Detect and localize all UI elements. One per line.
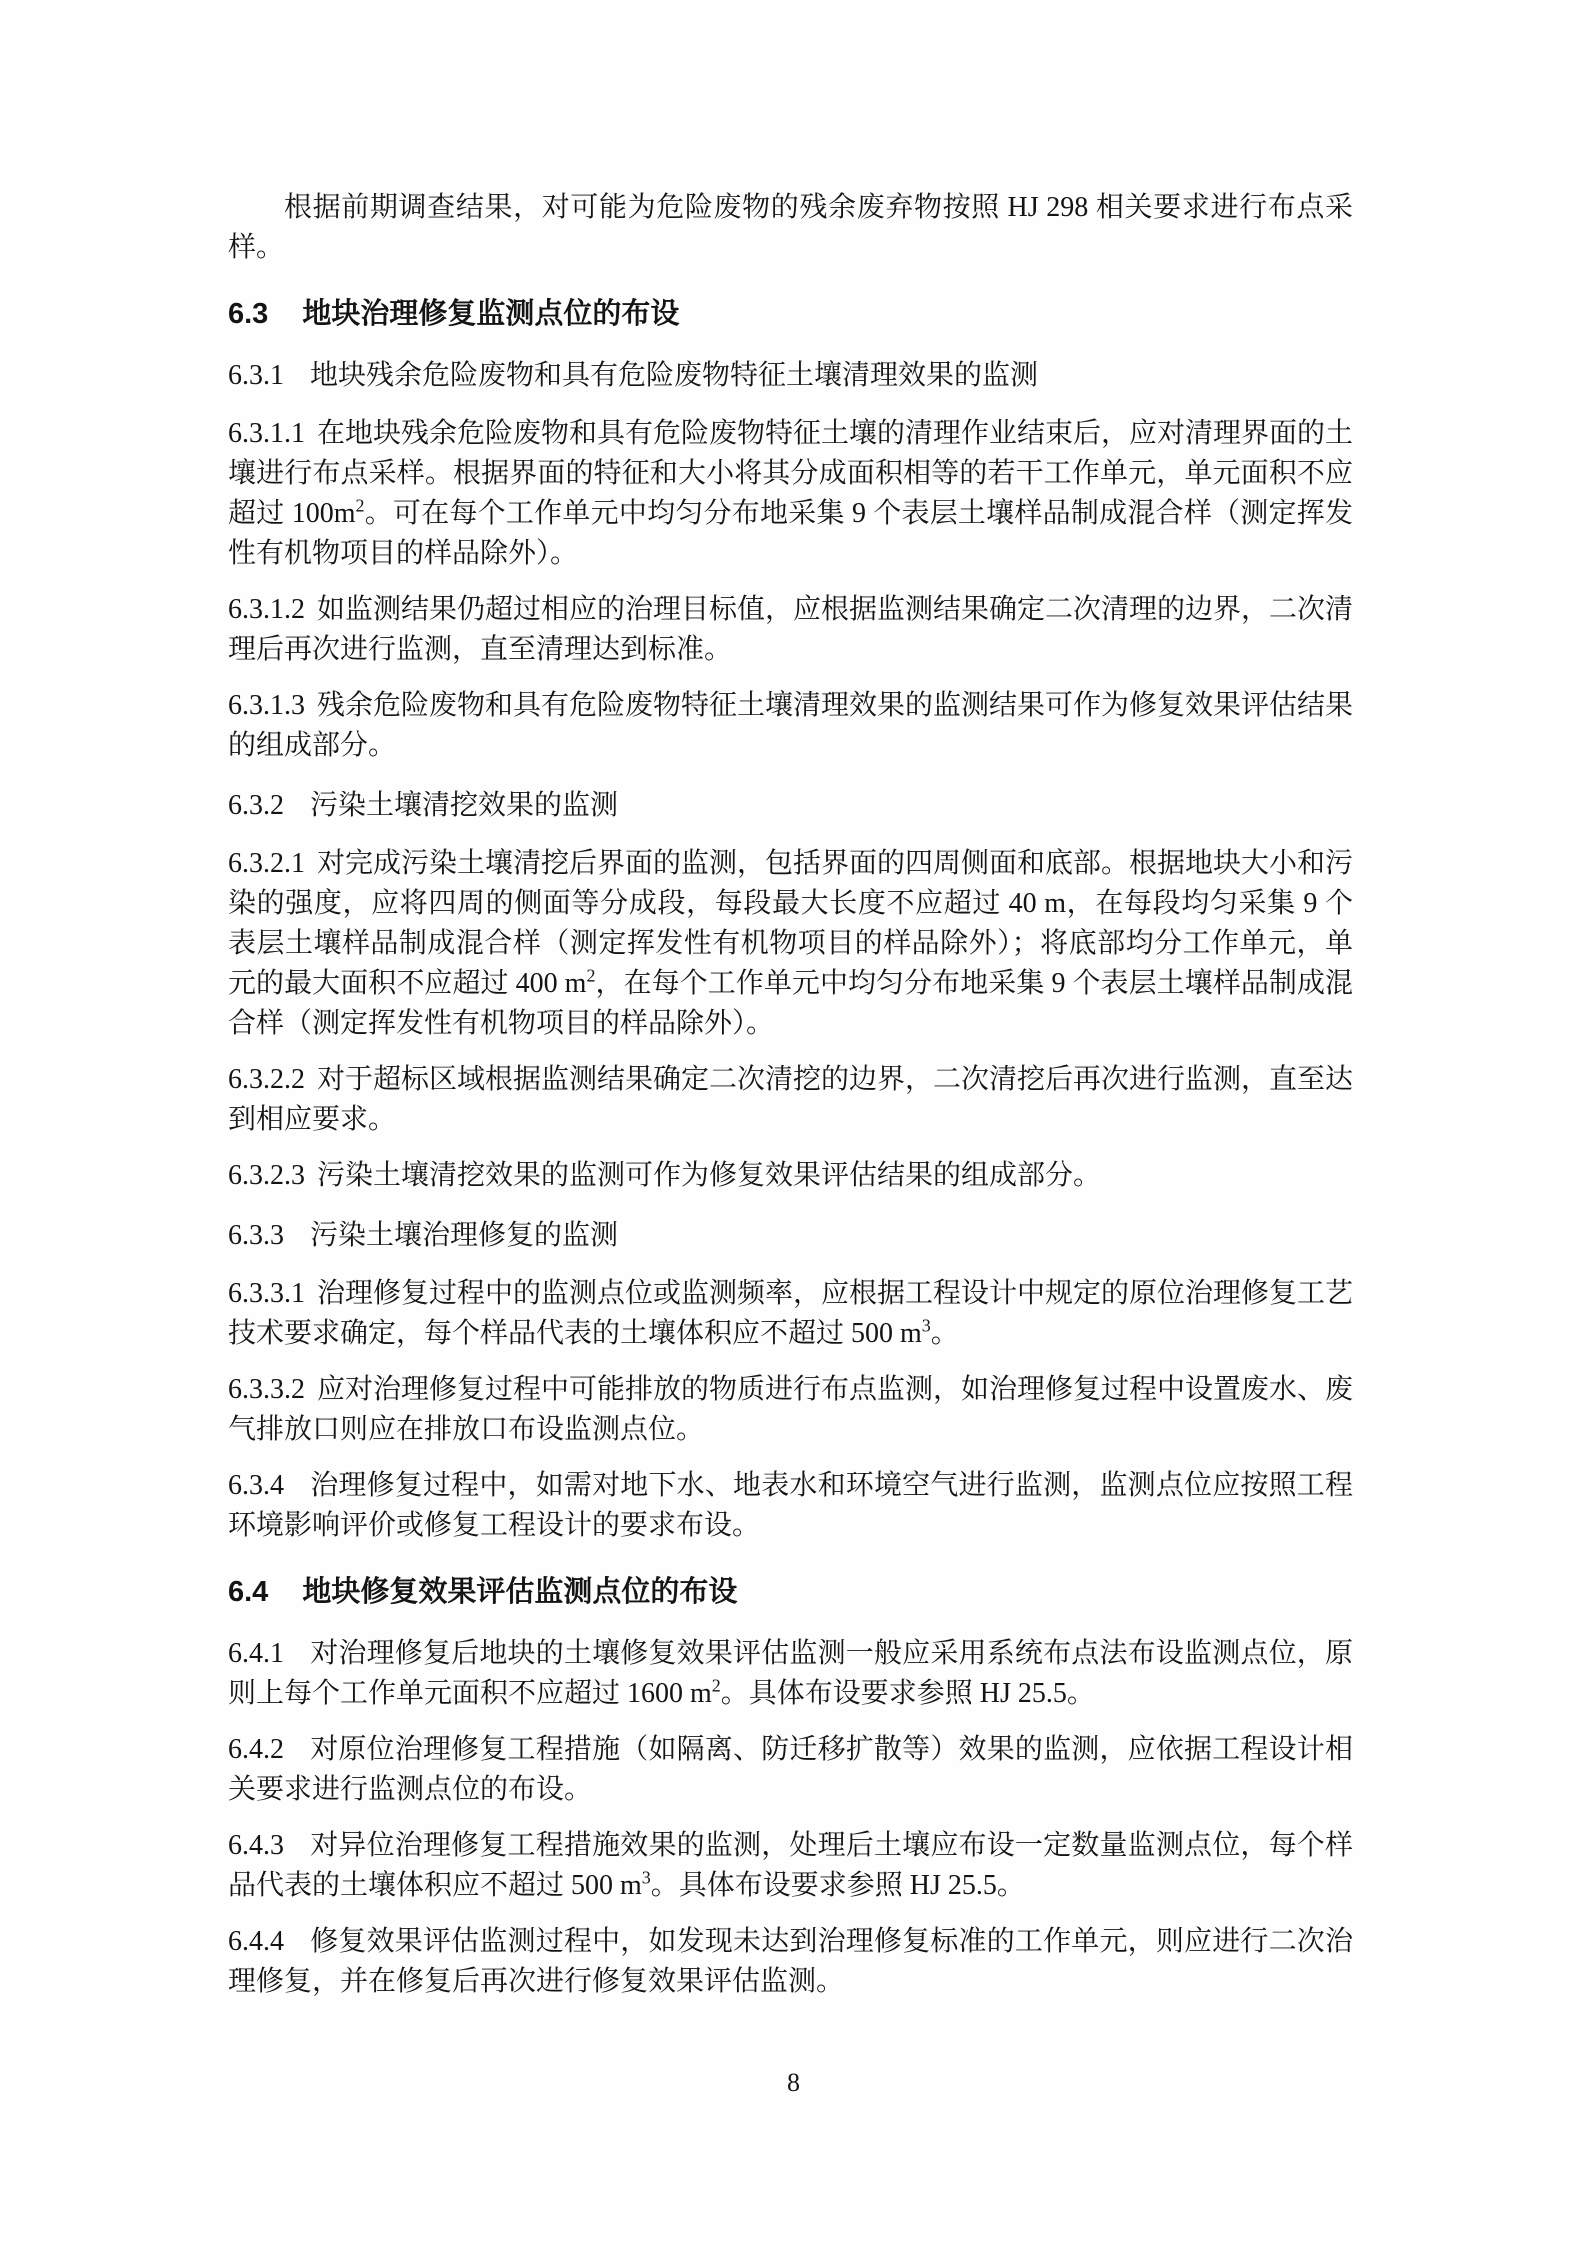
clause-6.3.3.1: 6.3.3.1治理修复过程中的监测点位或监测频率，应根据工程设计中规定的原位治理… <box>228 1274 1353 1354</box>
clause-text: 治理修复过程中的监测点位或监测频率，应根据工程设计中规定的原位治理修复工艺技术要… <box>228 1278 1353 1349</box>
page-footer: 8 <box>0 2068 1587 2098</box>
section-number: 6.3 <box>228 294 268 334</box>
clause-text: 对原位治理修复工程措施（如隔离、防迁移扩散等）效果的监测，应依据工程设计相关要求… <box>228 1734 1353 1805</box>
section-heading-6.3.1: 6.3.1地块残余危险废物和具有危险废物特征土壤清理效果的监测 <box>228 356 1353 396</box>
section-number: 6.4.2 <box>228 1730 284 1770</box>
clause-text: 。具体布设要求参照 HJ 25.5。 <box>721 1678 1095 1709</box>
clause-6.3.4: 6.3.4治理修复过程中，如需对地下水、地表水和环境空气进行监测，监测点位应按照… <box>228 1466 1353 1546</box>
section-number: 6.3.1.2 <box>228 590 305 630</box>
document-body: 根据前期调查结果，对可能为危险废物的残余废弃物按照 HJ 298 相关要求进行布… <box>228 188 1353 2018</box>
section-heading-6.4: 6.4地块修复效果评估监测点位的布设 <box>228 1572 1353 1612</box>
clause-text: 对于超标区域根据监测结果确定二次清挖的边界，二次清挖后再次进行监测，直至达到相应… <box>228 1064 1353 1135</box>
clause-text: 根据前期调查结果，对可能为危险废物的残余废弃物按照 HJ 298 相关要求进行布… <box>228 192 1353 263</box>
section-heading-6.3: 6.3地块治理修复监测点位的布设 <box>228 294 1353 334</box>
superscript: 3 <box>642 1868 651 1888</box>
section-number: 6.4 <box>228 1572 268 1612</box>
section-number: 6.3.2 <box>228 786 284 826</box>
clause-6.3.2.2: 6.3.2.2对于超标区域根据监测结果确定二次清挖的边界，二次清挖后再次进行监测… <box>228 1060 1353 1140</box>
section-number: 6.3.1 <box>228 356 284 396</box>
superscript: 3 <box>922 1316 931 1336</box>
section-number: 6.3.2.1 <box>228 844 305 884</box>
section-number: 6.3.4 <box>228 1466 284 1506</box>
section-title: 地块治理修复监测点位的布设 <box>302 298 679 330</box>
section-heading-6.3.3: 6.3.3污染土壤治理修复的监测 <box>228 1216 1353 1256</box>
clause-6.3.2.1: 6.3.2.1对完成污染土壤清挖后界面的监测，包括界面的四周侧面和底部。根据地块… <box>228 844 1353 1044</box>
clause-text: 污染土壤清挖效果的监测可作为修复效果评估结果的组成部分。 <box>317 1160 1101 1191</box>
clause-6.3.1.3: 6.3.1.3残余危险废物和具有危险废物特征土壤清理效果的监测结果可作为修复效果… <box>228 686 1353 766</box>
clause-text: 。可在每个工作单元中均匀分布地采集 9 个表层土壤样品制成混合样（测定挥发性有机… <box>228 498 1353 569</box>
page-number: 8 <box>787 2068 800 2097</box>
section-title: 地块修复效果评估监测点位的布设 <box>302 1576 737 1608</box>
section-number: 6.4.1 <box>228 1634 284 1674</box>
superscript: 2 <box>356 496 365 516</box>
section-number: 6.3.3.1 <box>228 1274 305 1314</box>
section-heading-6.3.2: 6.3.2污染土壤清挖效果的监测 <box>228 786 1353 826</box>
section-title: 污染土壤清挖效果的监测 <box>310 790 618 821</box>
section-number: 6.3.3.2 <box>228 1370 305 1410</box>
document-page: 根据前期调查结果，对可能为危险废物的残余废弃物按照 HJ 298 相关要求进行布… <box>0 0 1587 2245</box>
section-number: 6.4.3 <box>228 1826 284 1866</box>
clause-6.3.3.2: 6.3.3.2应对治理修复过程中可能排放的物质进行布点监测，如治理修复过程中设置… <box>228 1370 1353 1450</box>
clause-6.4.1: 6.4.1对治理修复后地块的土壤修复效果评估监测一般应采用系统布点法布设监测点位… <box>228 1634 1353 1714</box>
body-paragraph: 根据前期调查结果，对可能为危险废物的残余废弃物按照 HJ 298 相关要求进行布… <box>228 188 1353 268</box>
clause-text: 如监测结果仍超过相应的治理目标值，应根据监测结果确定二次清理的边界，二次清理后再… <box>228 594 1353 665</box>
clause-text: 残余危险废物和具有危险废物特征土壤清理效果的监测结果可作为修复效果评估结果的组成… <box>228 690 1353 761</box>
superscript: 2 <box>712 1676 721 1696</box>
clause-6.4.4: 6.4.4修复效果评估监测过程中，如发现未达到治理修复标准的工作单元，则应进行二… <box>228 1922 1353 2002</box>
clause-6.4.3: 6.4.3对异位治理修复工程措施效果的监测，处理后土壤应布设一定数量监测点位，每… <box>228 1826 1353 1906</box>
section-title: 污染土壤治理修复的监测 <box>310 1220 618 1251</box>
section-number: 6.3.3 <box>228 1216 284 1256</box>
clause-6.3.2.3: 6.3.2.3污染土壤清挖效果的监测可作为修复效果评估结果的组成部分。 <box>228 1156 1353 1196</box>
clause-text: 应对治理修复过程中可能排放的物质进行布点监测，如治理修复过程中设置废水、废气排放… <box>228 1374 1353 1445</box>
clause-6.3.1.1: 6.3.1.1在地块残余危险废物和具有危险废物特征土壤的清理作业结束后，应对清理… <box>228 414 1353 574</box>
clause-text: 。具体布设要求参照 HJ 25.5。 <box>651 1870 1025 1901</box>
section-number: 6.3.1.3 <box>228 686 305 726</box>
clause-6.4.2: 6.4.2对原位治理修复工程措施（如隔离、防迁移扩散等）效果的监测，应依据工程设… <box>228 1730 1353 1810</box>
clause-text: 。 <box>931 1318 959 1349</box>
section-number: 6.3.2.3 <box>228 1156 305 1196</box>
clause-text: 治理修复过程中，如需对地下水、地表水和环境空气进行监测，监测点位应按照工程环境影… <box>228 1470 1353 1541</box>
section-number: 6.3.2.2 <box>228 1060 305 1100</box>
clause-6.3.1.2: 6.3.1.2如监测结果仍超过相应的治理目标值，应根据监测结果确定二次清理的边界… <box>228 590 1353 670</box>
clause-text: 修复效果评估监测过程中，如发现未达到治理修复标准的工作单元，则应进行二次治理修复… <box>228 1926 1353 1997</box>
section-number: 6.3.1.1 <box>228 414 305 454</box>
section-number: 6.4.4 <box>228 1922 284 1962</box>
section-title: 地块残余危险废物和具有危险废物特征土壤清理效果的监测 <box>310 360 1038 391</box>
